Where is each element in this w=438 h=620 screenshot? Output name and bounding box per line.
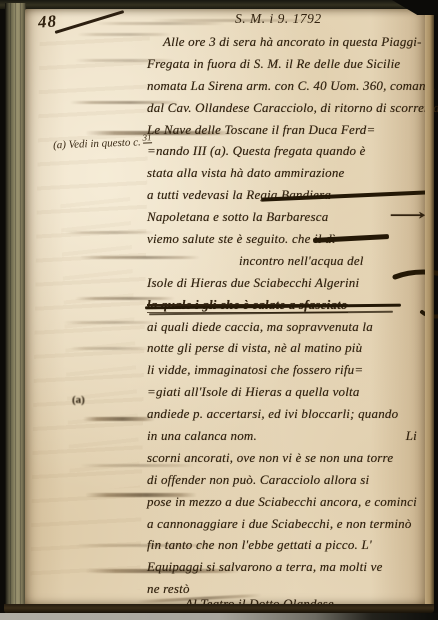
manuscript-line: Alle ore 3 di sera hà ancorato in questa…	[147, 35, 429, 57]
text-block: Alle ore 3 di sera hà ancorato in questa…	[147, 35, 429, 611]
manuscript-line: nomata La Sirena arm. con C. 40 Uom. 360…	[147, 79, 429, 101]
manuscript-line: Liin una calanca nom.	[147, 429, 429, 451]
manuscript-line-text: notte gli perse di vista, nè al matino p…	[147, 340, 362, 355]
manuscript-line-text: viemo salute ste è seguito. che il dì	[147, 231, 336, 246]
bleed-through-smudge	[83, 417, 155, 421]
manuscript-line: Isole di Hieras due Sciabecchi Algerini	[147, 276, 429, 298]
page-number: 48	[37, 11, 57, 32]
book-spine-edge	[5, 3, 26, 613]
manuscript-line-text: fin tanto che non l'ebbe gettati a picco…	[147, 537, 372, 552]
manuscript-line: pose in mezzo a due Sciabecchi ancora, e…	[147, 495, 429, 517]
manuscript-line: Equipaggi si salvarono a terra, ma molti…	[147, 560, 429, 582]
manuscript-line-text: dal Cav. Ollandese Caracciolo, di ritorn…	[147, 100, 438, 115]
bleed-through-smudge	[65, 231, 155, 234]
manuscript-line: andiede p. accertarsi, ed ivi bloccarli;…	[147, 407, 429, 429]
book-top-edge	[0, 0, 438, 9]
manuscript-line: Fregata in fuora di S. M. il Re delle du…	[147, 57, 429, 79]
manuscript-line: incontro nell'acqua del	[147, 254, 429, 276]
manuscript-line-text: Alle ore 3 di sera hà ancorato in questa…	[163, 34, 422, 49]
manuscript-line-text: =giati all'Isole di Hieras a quella volt…	[147, 384, 360, 399]
manuscript-line-text: ne restò	[147, 581, 190, 596]
bleed-through-smudge	[70, 347, 150, 350]
manuscript-line: ⟶Napoletana e sotto la Barbaresca	[147, 210, 429, 232]
manuscript-line-text: scorni ancorati, ove non vi è se non una…	[147, 450, 393, 465]
manuscript-line-text: =nando III (a). Questa fregata quando è	[147, 143, 366, 158]
page-fore-edge	[425, 7, 434, 607]
manuscript-scan: 48 S. M. i 9. 1792 (a) Vedi in questo c.…	[0, 0, 438, 620]
bleed-through-smudge	[95, 22, 225, 25]
manuscript-page: 48 S. M. i 9. 1792 (a) Vedi in questo c.…	[25, 9, 427, 606]
manuscript-line: =giati all'Isole di Hieras a quella volt…	[147, 385, 429, 407]
manuscript-line: scorni ancorati, ove non vi è se non una…	[147, 451, 429, 473]
manuscript-line: a cannonaggiare i due Sciabecchi, e non …	[147, 517, 429, 539]
manuscript-line: ne restò	[147, 582, 429, 597]
manuscript-line-text: li vidde, immaginatosi che fossero rifu=	[147, 362, 363, 377]
manuscript-line: stata alla vista hà dato ammirazione	[147, 166, 429, 188]
manuscript-line: notte gli perse di vista, nè al matino p…	[147, 341, 429, 363]
book-bottom-edge	[4, 604, 434, 613]
manuscript-line: =nando III (a). Questa fregata quando è	[147, 144, 429, 166]
manuscript-line: li vidde, immaginatosi che fossero rifu=	[147, 363, 429, 385]
manuscript-line-text: a cannonaggiare i due Sciabecchi, e non …	[147, 516, 412, 531]
bleed-through-smudge	[63, 321, 158, 324]
manuscript-line: dal Cav. Ollandese Caracciolo, di ritorn…	[147, 101, 429, 123]
manuscript-line-text: Napoletana e sotto la Barbaresca	[147, 209, 328, 224]
manuscript-line-text: andiede p. accertarsi, ed ivi bloccarli;…	[147, 406, 398, 421]
manuscript-line: ai quali diede caccia, ma sopravvenuta l…	[147, 320, 429, 342]
manuscript-line-text: Equipaggi si salvarono a terra, ma molti…	[147, 559, 383, 574]
scanner-background-strip	[0, 613, 438, 620]
manuscript-line: fin tanto che non l'ebbe gettati a picco…	[147, 538, 429, 560]
manuscript-line-text: pose in mezzo a due Sciabecchi ancora, e…	[147, 494, 417, 509]
manuscript-line-text: nomata La Sirena arm. con C. 40 Uom. 360…	[147, 78, 436, 93]
manuscript-line-text: Le Nave delle Toscane il fran Duca Ferd=	[147, 122, 375, 137]
line-right-word: Li	[406, 429, 417, 442]
manuscript-line: di offender non può. Caracciolo allora s…	[147, 473, 429, 495]
margin-mark-a: (a)	[72, 394, 85, 406]
manuscript-line-text: incontro nell'acqua del	[239, 253, 364, 268]
manuscript-line-text: stata alla vista hà dato ammirazione	[147, 165, 345, 180]
manuscript-line-text: Isole di Hieras due Sciabecchi Algerini	[147, 275, 359, 290]
arrow-right-mark: ⟶	[390, 210, 427, 223]
manuscript-line-text: di offender non può. Caracciolo allora s…	[147, 472, 369, 487]
manuscript-line-text: Fregata in fuora di S. M. il Re delle du…	[147, 56, 400, 71]
manuscript-line-text: a tutti vedevasi la Regia Bandiera	[147, 187, 331, 202]
manuscript-line-text: in una calanca nom.	[147, 428, 257, 443]
manuscript-line-text: ai quali diede caccia, ma sopravvenuta l…	[147, 319, 373, 334]
manuscript-line: Le Nave delle Toscane il fran Duca Ferd=	[147, 123, 429, 145]
date-heading: S. M. i 9. 1792	[235, 11, 322, 27]
